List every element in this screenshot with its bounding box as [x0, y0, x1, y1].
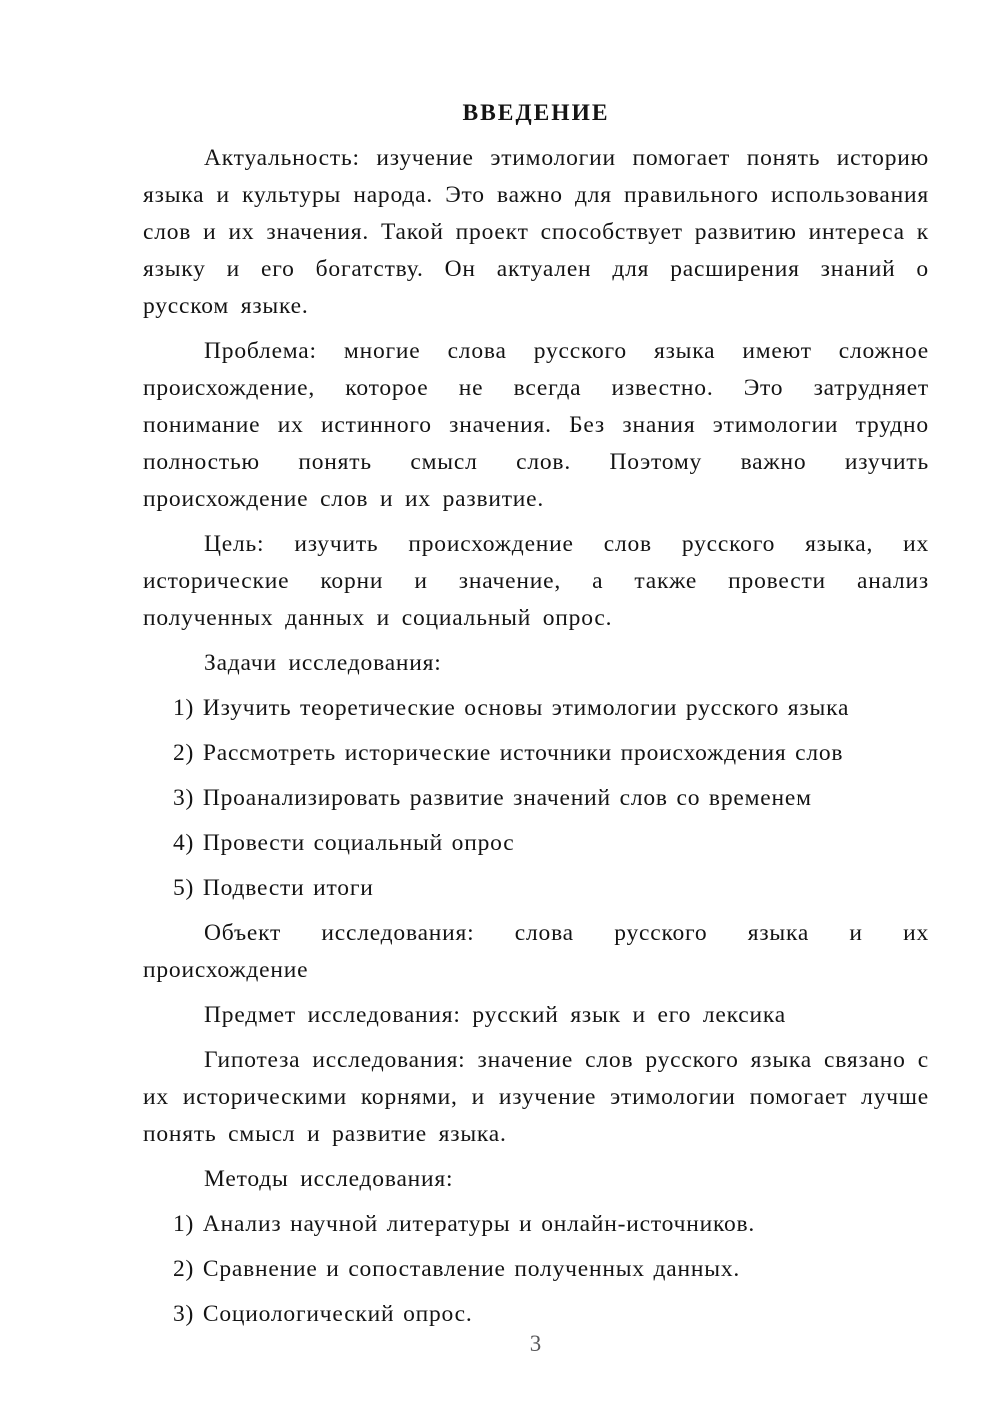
method-item-1: 1) Анализ научной литературы и онлайн-ис…	[143, 1206, 929, 1243]
page-number: 3	[143, 1325, 929, 1362]
paragraph-hypothesis: Гипотеза исследования: значение слов рус…	[143, 1042, 929, 1153]
task-item-1: 1) Изучить теоретические основы этимолог…	[143, 690, 929, 727]
task-item-4: 4) Провести социальный опрос	[143, 825, 929, 862]
paragraph-research-object: Объект исследования: слова русского язык…	[143, 915, 929, 989]
paragraph-problem: Проблема: многие слова русского языка им…	[143, 333, 929, 518]
document-page: ВВЕДЕНИЕ Актуальность: изучение этимолог…	[0, 0, 1000, 1414]
task-item-2: 2) Рассмотреть исторические источники пр…	[143, 735, 929, 772]
method-item-2: 2) Сравнение и сопоставление полученных …	[143, 1251, 929, 1288]
methods-heading: Методы исследования:	[143, 1161, 929, 1198]
paragraph-goal: Цель: изучить происхождение слов русског…	[143, 526, 929, 637]
page-title: ВВЕДЕНИЕ	[143, 95, 929, 132]
task-item-5: 5) Подвести итоги	[143, 870, 929, 907]
paragraph-research-subject: Предмет исследования: русский язык и его…	[143, 997, 929, 1034]
tasks-heading: Задачи исследования:	[143, 645, 929, 682]
task-item-3: 3) Проанализировать развитие значений сл…	[143, 780, 929, 817]
paragraph-relevance: Актуальность: изучение этимологии помога…	[143, 140, 929, 325]
